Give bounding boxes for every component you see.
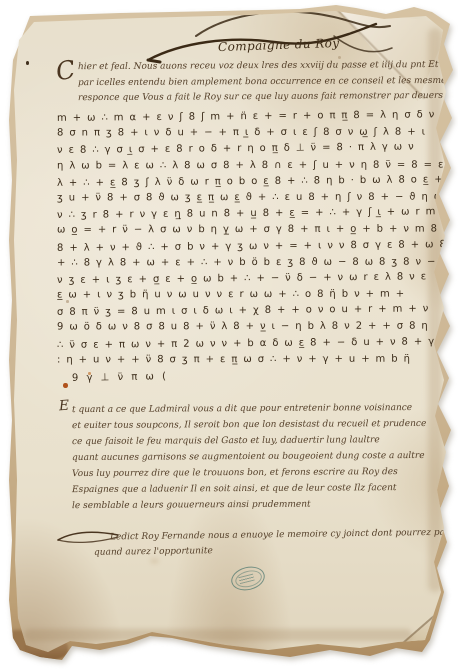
show-through-mark <box>1 350 8 354</box>
cipher-text-block: m + ω ∴ m α + ε ν ʃ 8 ʃ m + n̈ ε + = r +… <box>57 109 455 368</box>
manuscript-letter-photo: Compaigne du Roy C hier et feal. Nous au… <box>0 0 458 669</box>
show-through-mark <box>1 205 8 209</box>
show-through-mark <box>1 148 8 152</box>
collection-stamp-icon <box>229 563 268 594</box>
bottom-edge-stain <box>24 629 412 641</box>
show-through-mark <box>1 440 8 444</box>
cipher-closing-line: 9 γ ⊥ ν̈ π ω ( <box>72 371 169 384</box>
postscript-line: Ledict Roy Fernande nous a enuoye le mem… <box>110 528 458 543</box>
show-through-mark <box>1 233 8 237</box>
ink-speck <box>26 61 29 65</box>
body-paragraph: t quant a ce que Ladmiral vous a dit que… <box>72 401 426 513</box>
postscript-line: quand aurez l'opportunite <box>94 546 213 558</box>
cipher-line: ν ε 8 ∴ γ σ ι̲ σ + ε 8 r o δ + r η o π̲ … <box>57 139 456 159</box>
salutation-line: hier et feal. Nous auons receu voz deux … <box>78 58 458 76</box>
cipher-line: : η + u ν + + ν̈ 8 σ ʒ π + ε π̲ ω σ ∴ + … <box>57 351 455 368</box>
show-through-mark <box>1 410 8 414</box>
show-through-mark <box>1 176 8 180</box>
salutation-initial: C <box>54 55 78 87</box>
body-line: le semblable a leurs gouuerneurs ainsi p… <box>72 496 426 514</box>
paper-sheet: Compaigne du Roy C hier et feal. Nous au… <box>0 0 458 669</box>
salutation-paragraph: hier et feal. Nous auons receu voz deux … <box>78 59 458 106</box>
salutation-line: responce que Vous a fait le Roy sur ce q… <box>78 89 458 107</box>
cipher-line: 9 ω ö δ ω ν 8 σ 8 u 8 + ν̈ λ 8 + ν̲ ι − … <box>57 319 455 336</box>
cipher-line: ω o̲ = + r ν̈ − λ σ ω ν b η γ̲ ω + σ γ 8… <box>57 222 455 239</box>
show-through-mark <box>1 262 8 266</box>
cipher-line: 8 + λ + ν + ϑ ∴ + σ b ν + γ ʒ ω ν + = + … <box>57 237 456 257</box>
show-through-mark <box>1 320 8 324</box>
show-through-mark <box>1 291 8 295</box>
show-through-mark <box>1 380 8 384</box>
foxing-spot <box>150 558 159 564</box>
body-initial: E <box>58 398 69 415</box>
rust-stain <box>63 383 68 388</box>
